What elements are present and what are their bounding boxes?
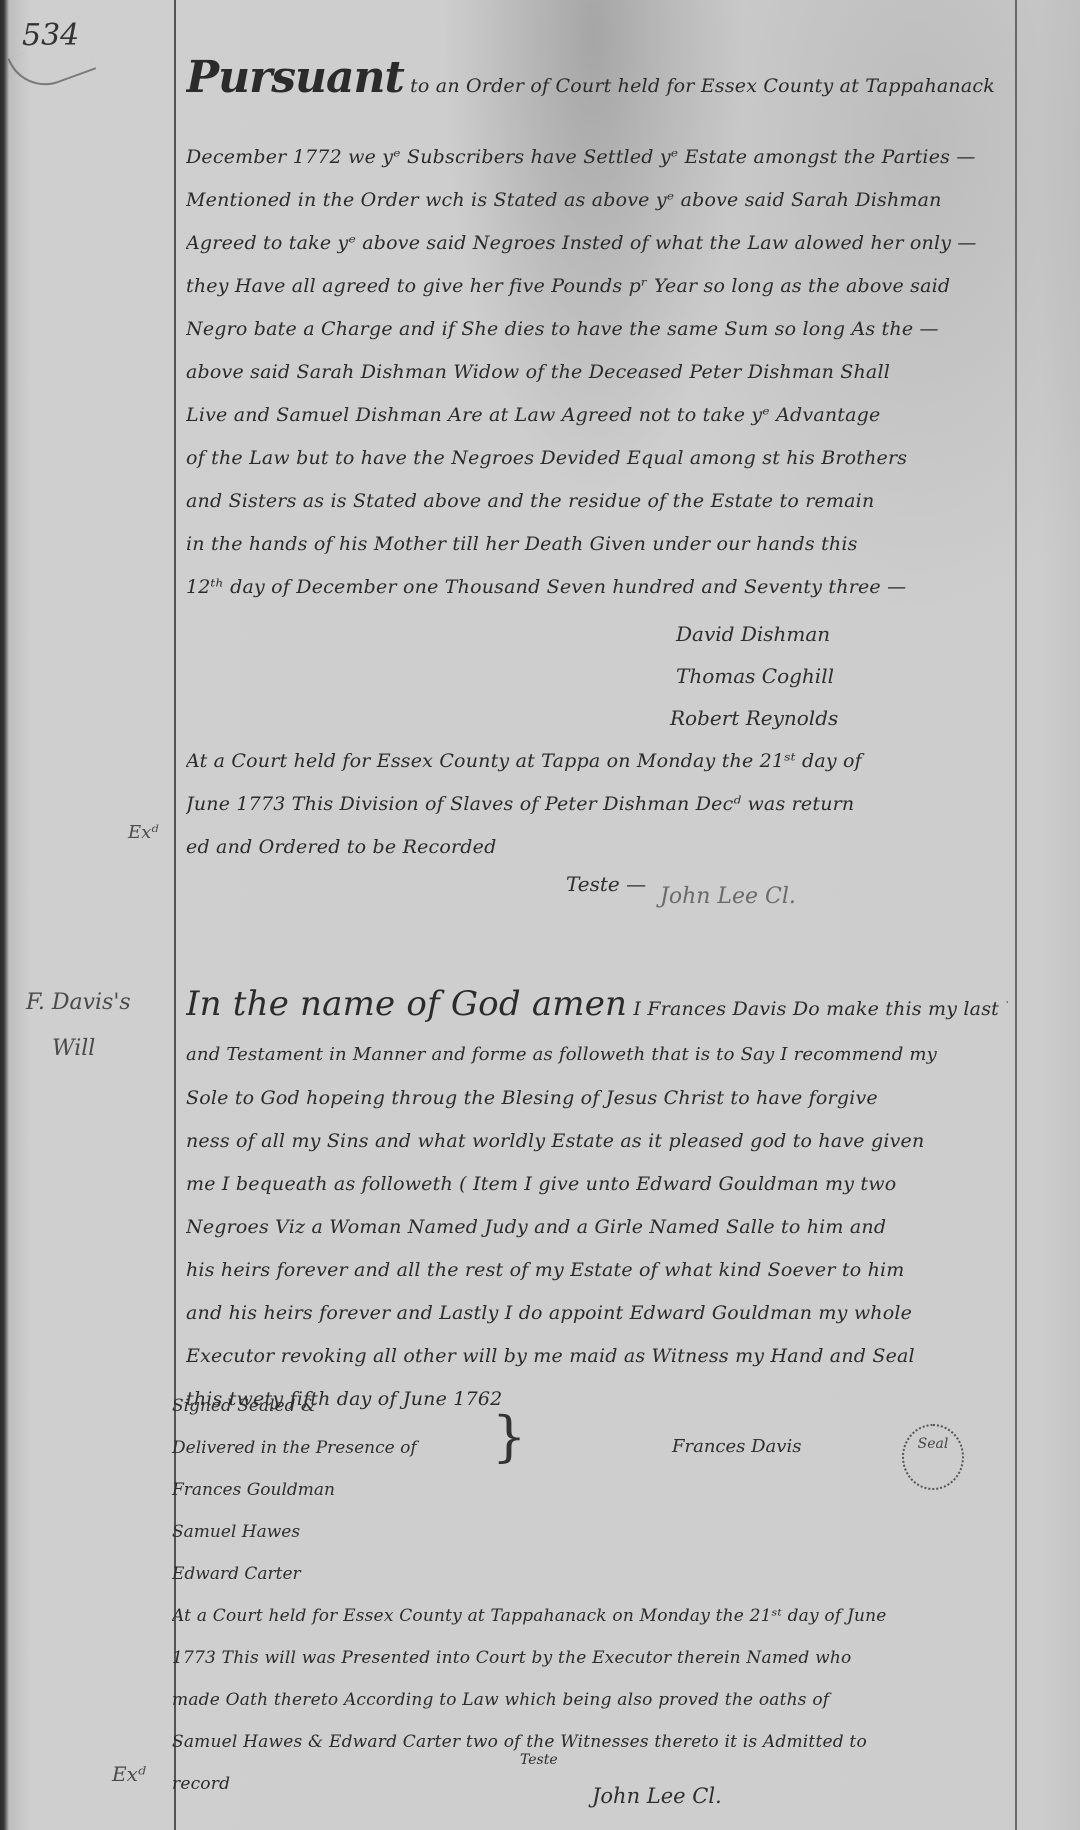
section1-line: Mentioned in the Order wch is Stated as … xyxy=(186,189,1008,211)
section1-line: Live and Samuel Dishman Are at Law Agree… xyxy=(186,404,1008,426)
signature-thomas-coghill: Thomas Coghill xyxy=(676,664,834,688)
section1-line: Agreed to take yᵉ above said Negroes Ins… xyxy=(186,232,1008,254)
section1-court-line: ed and Ordered to be Recorded xyxy=(186,836,1008,858)
signature-david-dishman: David Dishman xyxy=(676,622,830,646)
margin-examined-note: Exᵈ xyxy=(112,1762,146,1786)
section1-line: Negro bate a Charge and if She dies to h… xyxy=(186,318,1008,340)
section1-line: they Have all agreed to give her five Po… xyxy=(186,275,1008,297)
testator-signature: Frances Davis xyxy=(672,1436,801,1457)
will-line: Negroes Viz a Woman Named Judy and a Gir… xyxy=(186,1216,1008,1238)
manuscript-page: 534 Pursuant to an Order of Court held f… xyxy=(0,0,1080,1830)
teste-label: Teste — xyxy=(566,872,646,896)
will-line: Sole to God hopeing throug the Blesing o… xyxy=(186,1087,1008,1109)
teste-label: Teste xyxy=(520,1752,558,1768)
witness-edward-carter: Edward Carter xyxy=(172,1564,301,1584)
will-court-line: made Oath thereto According to Law which… xyxy=(172,1690,994,1710)
section1-line: 12ᵗʰ day of December one Thousand Seven … xyxy=(186,576,1008,598)
margin-examined-note: Exᵈ xyxy=(128,822,159,843)
section1-court-line: At a Court held for Essex County at Tapp… xyxy=(186,750,1008,772)
section1-line-0: Pursuant to an Order of Court held for E… xyxy=(186,52,1008,103)
right-margin-rule xyxy=(1015,0,1017,1830)
section1-line: above said Sarah Dishman Widow of the De… xyxy=(186,361,1008,383)
opening-word: Pursuant xyxy=(186,52,404,103)
clerk-signature: John Lee Cl. xyxy=(660,884,796,909)
section1-court-line: June 1773 This Division of Slaves of Pet… xyxy=(186,793,1008,815)
will-line: his heirs forever and all the rest of my… xyxy=(186,1259,1008,1281)
will-line: and his heirs forever and Lastly I do ap… xyxy=(186,1302,1008,1324)
margin-title-name: F. Davis's xyxy=(26,990,131,1015)
section1-line: and Sisters as is Stated above and the r… xyxy=(186,490,1008,512)
will-heading-line: In the name of God amen I Frances Davis … xyxy=(186,984,1008,1024)
attestation-delivered: Delivered in the Presence of xyxy=(172,1438,417,1458)
left-margin-rule xyxy=(174,0,176,1830)
will-court-line: record xyxy=(172,1774,994,1794)
signature-robert-reynolds: Robert Reynolds xyxy=(670,706,838,730)
will-line: and Testament in Manner and forme as fol… xyxy=(186,1044,1008,1065)
attestation-brace: } xyxy=(492,1410,526,1464)
will-line: me I bequeath as followeth ( Item I give… xyxy=(186,1173,1008,1195)
will-line: Executor revoking all other will by me m… xyxy=(186,1345,1008,1367)
will-court-line: Samuel Hawes & Edward Carter two of the … xyxy=(172,1732,994,1752)
witness-samuel-hawes: Samuel Hawes xyxy=(172,1522,300,1542)
will-heading: In the name of God amen xyxy=(186,984,627,1024)
clerk-signature: John Lee Cl. xyxy=(592,1784,722,1808)
section1-line: in the hands of his Mother till her Deat… xyxy=(186,533,1008,555)
witness-frances-gouldman: Frances Gouldman xyxy=(172,1480,335,1500)
wax-seal-icon: Seal xyxy=(902,1424,964,1490)
will-court-line: 1773 This will was Presented into Court … xyxy=(172,1648,994,1668)
section1-line: of the Law but to have the Negroes Devid… xyxy=(186,447,1008,469)
section1-line: December 1772 we yᵉ Subscribers have Set… xyxy=(186,146,1008,168)
margin-title-will: Will xyxy=(52,1036,95,1061)
will-line: ness of all my Sins and what worldly Est… xyxy=(186,1130,1008,1152)
attestation-signed-sealed: Signed Sealed & xyxy=(172,1396,316,1416)
will-court-line: At a Court held for Essex County at Tapp… xyxy=(172,1606,994,1626)
